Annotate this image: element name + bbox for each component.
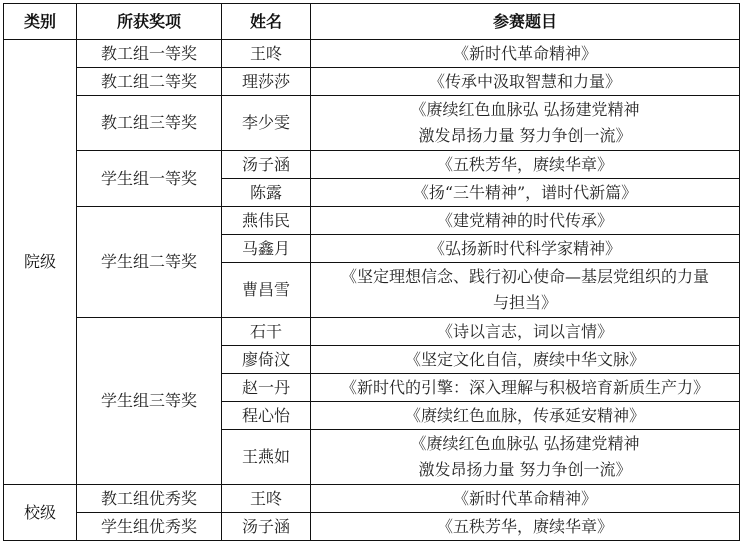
award-cell: 教工组三等奖 (77, 96, 222, 151)
name-cell: 王咚 (222, 40, 311, 68)
award-cell: 教工组一等奖 (77, 40, 222, 68)
name-cell: 汤子涵 (222, 513, 311, 541)
table-row: 院级 教工组一等奖 王咚 《新时代革命精神》 (4, 40, 740, 68)
name-cell: 汤子涵 (222, 151, 311, 179)
table-row: 学生组优秀奖 汤子涵 《五秩芳华，赓续华章》 (4, 513, 740, 541)
topic-cell: 《赓续红色血脉弘 弘扬建党精神 激发昂扬力量 努力争创一流》 (311, 430, 740, 485)
header-level: 类别 (4, 4, 77, 40)
table-row: 教工组三等奖 李少雯 《赓续红色血脉弘 弘扬建党精神 激发昂扬力量 努力争创一流… (4, 96, 740, 151)
topic-cell: 《坚定文化自信，赓续中华文脉》 (311, 346, 740, 374)
name-cell: 马鑫月 (222, 235, 311, 263)
topic-cell: 《新时代的引擎：深入理解与积极培育新质生产力》 (311, 374, 740, 402)
name-cell: 陈露 (222, 179, 311, 207)
name-cell: 赵一丹 (222, 374, 311, 402)
award-cell: 学生组三等奖 (77, 318, 222, 485)
name-cell: 理莎莎 (222, 68, 311, 96)
award-cell: 学生组优秀奖 (77, 513, 222, 541)
name-cell: 王咚 (222, 485, 311, 513)
topic-cell: 《五秩芳华，赓续华章》 (311, 151, 740, 179)
topic-cell: 《新时代革命精神》 (311, 485, 740, 513)
topic-cell: 《赓续红色血脉，传承延安精神》 (311, 402, 740, 430)
topic-cell: 《五秩芳华，赓续华章》 (311, 513, 740, 541)
award-cell: 学生组二等奖 (77, 207, 222, 318)
awards-table: 类别 所获奖项 姓名 参赛题目 院级 教工组一等奖 王咚 《新时代革命精神》 教… (3, 3, 740, 541)
table-row: 学生组三等奖 石干 《诗以言志，词以言情》 (4, 318, 740, 346)
name-cell: 石干 (222, 318, 311, 346)
award-cell: 教工组二等奖 (77, 68, 222, 96)
name-cell: 李少雯 (222, 96, 311, 151)
name-cell: 燕伟民 (222, 207, 311, 235)
level-school: 校级 (4, 485, 77, 541)
topic-cell: 《坚定理想信念、践行初心使命—基层党组织的力量 与担当》 (311, 263, 740, 318)
level-college: 院级 (4, 40, 77, 485)
topic-cell: 《扬“三牛精神”，谱时代新篇》 (311, 179, 740, 207)
header-name: 姓名 (222, 4, 311, 40)
topic-cell: 《新时代革命精神》 (311, 40, 740, 68)
header-row: 类别 所获奖项 姓名 参赛题目 (4, 4, 740, 40)
header-award: 所获奖项 (77, 4, 222, 40)
header-topic: 参赛题目 (311, 4, 740, 40)
award-cell: 教工组优秀奖 (77, 485, 222, 513)
table-row: 校级 教工组优秀奖 王咚 《新时代革命精神》 (4, 485, 740, 513)
award-cell: 学生组一等奖 (77, 151, 222, 207)
table-row: 学生组二等奖 燕伟民 《建党精神的时代传承》 (4, 207, 740, 235)
topic-cell: 《传承中汲取智慧和力量》 (311, 68, 740, 96)
name-cell: 王燕如 (222, 430, 311, 485)
table-row: 教工组二等奖 理莎莎 《传承中汲取智慧和力量》 (4, 68, 740, 96)
topic-cell: 《诗以言志，词以言情》 (311, 318, 740, 346)
topic-cell: 《弘扬新时代科学家精神》 (311, 235, 740, 263)
name-cell: 廖倚汶 (222, 346, 311, 374)
topic-cell: 《建党精神的时代传承》 (311, 207, 740, 235)
name-cell: 程心怡 (222, 402, 311, 430)
table-row: 学生组一等奖 汤子涵 《五秩芳华，赓续华章》 (4, 151, 740, 179)
topic-cell: 《赓续红色血脉弘 弘扬建党精神 激发昂扬力量 努力争创一流》 (311, 96, 740, 151)
name-cell: 曹昌雪 (222, 263, 311, 318)
